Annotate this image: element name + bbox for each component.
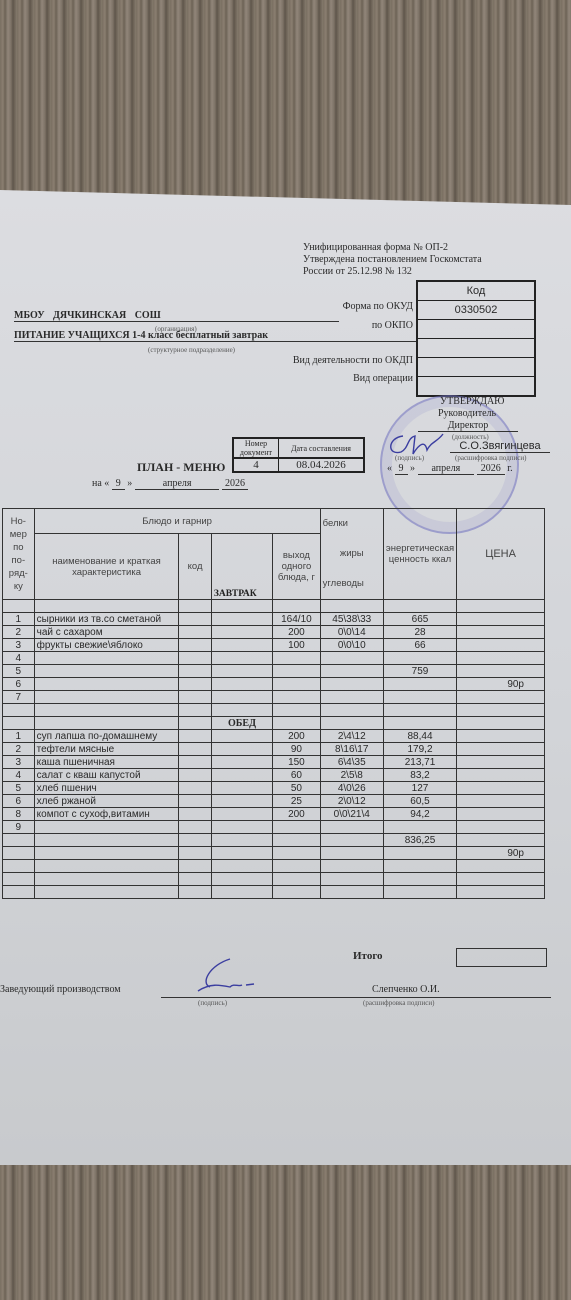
dish-name bbox=[34, 834, 179, 847]
dish-code bbox=[179, 665, 211, 678]
meal-cell bbox=[211, 834, 272, 847]
approval-month: апреля bbox=[418, 463, 475, 475]
total-label: Итого bbox=[353, 950, 383, 962]
dish-name: тефтели мясные bbox=[34, 743, 179, 756]
year-suffix: г. bbox=[507, 463, 512, 474]
blank-code bbox=[418, 339, 534, 358]
dish-code bbox=[179, 847, 211, 860]
meal-cell bbox=[211, 613, 272, 626]
manager-role: Заведующий производством bbox=[0, 984, 121, 995]
empty-cell bbox=[320, 600, 383, 613]
meal-cell bbox=[211, 665, 272, 678]
row-number bbox=[3, 847, 35, 860]
row-number: 1 bbox=[3, 730, 35, 743]
organization-name: МБОУ ДЯЧКИНСКАЯ СОШ bbox=[14, 310, 339, 322]
menu-date: на « 9 » апреля 2026 bbox=[92, 478, 248, 489]
dish-yield: 90 bbox=[273, 743, 320, 756]
okdp-label: Вид деятельности по ОКДП bbox=[293, 355, 413, 366]
document-number-box: Номер документДата составления 408.04.20… bbox=[232, 437, 365, 473]
dish-kcal: 83,2 bbox=[383, 769, 456, 782]
dish-price bbox=[457, 639, 545, 652]
dish-name: компот с сухоф,витамин bbox=[34, 808, 179, 821]
dish-yield bbox=[273, 834, 320, 847]
row-number: 5 bbox=[3, 782, 35, 795]
dish-yield bbox=[273, 886, 320, 899]
dish-bju: 6\4\35 bbox=[320, 756, 383, 769]
table-row: 836,25 bbox=[3, 834, 545, 847]
doc-date: 08.04.2026 bbox=[279, 458, 364, 472]
menu-year: 2026 bbox=[222, 478, 248, 490]
dish-kcal bbox=[383, 886, 456, 899]
dish-bju bbox=[320, 652, 383, 665]
empty-cell bbox=[383, 704, 456, 717]
dish-bju bbox=[320, 860, 383, 873]
dish-bju: 2\5\8 bbox=[320, 769, 383, 782]
dish-bju bbox=[320, 821, 383, 834]
dish-kcal: 665 bbox=[383, 613, 456, 626]
empty-cell bbox=[179, 704, 211, 717]
operation-value bbox=[418, 377, 534, 395]
table-row bbox=[3, 860, 545, 873]
dish-code bbox=[179, 691, 211, 704]
dish-yield: 150 bbox=[273, 756, 320, 769]
dish-price bbox=[457, 873, 545, 886]
meal-cell bbox=[211, 860, 272, 873]
table-row: 1сырники из тв.со сметаной164/1045\38\33… bbox=[3, 613, 545, 626]
dish-price bbox=[457, 613, 545, 626]
dish-kcal: 60,5 bbox=[383, 795, 456, 808]
okdp-value bbox=[418, 358, 534, 377]
empty-cell bbox=[320, 704, 383, 717]
menu-month: апреля bbox=[135, 478, 220, 490]
table-row: 7 bbox=[3, 691, 545, 704]
dish-name bbox=[34, 821, 179, 834]
table-row: 2чай с сахаром2000\0\1428 bbox=[3, 626, 545, 639]
row-number: 2 bbox=[3, 743, 35, 756]
row-number bbox=[3, 873, 35, 886]
table-row: 6хлеб ржаной252\0\1260,5 bbox=[3, 795, 545, 808]
dish-price bbox=[457, 626, 545, 639]
empty-cell bbox=[273, 600, 320, 613]
empty-cell bbox=[211, 704, 272, 717]
dish-name bbox=[34, 873, 179, 886]
manager-signature-caption: (подпись) bbox=[198, 999, 227, 1007]
dish-yield bbox=[273, 665, 320, 678]
dish-code bbox=[179, 873, 211, 886]
empty-cell bbox=[179, 600, 211, 613]
on-label: на bbox=[92, 478, 102, 489]
dish-bju: 2\0\12 bbox=[320, 795, 383, 808]
dish-bju bbox=[320, 691, 383, 704]
approver-name: С.О.Звягинцева bbox=[450, 440, 550, 453]
row-number: 7 bbox=[3, 691, 35, 704]
dish-name: сырники из тв.со сметаной bbox=[34, 613, 179, 626]
form-reference: Унифицированная форма № ОП-2 Утверждена … bbox=[303, 242, 482, 278]
dish-name bbox=[34, 652, 179, 665]
dish-code bbox=[179, 639, 211, 652]
meal-cell bbox=[211, 795, 272, 808]
table-row: 9 bbox=[3, 821, 545, 834]
table-row: 2тефтели мясные908\16\17179,2 bbox=[3, 743, 545, 756]
dish-name bbox=[34, 691, 179, 704]
col-num-header: Но-мер по по-ряд-ку bbox=[3, 509, 35, 600]
manager-name: Слепченко О.И. bbox=[372, 984, 440, 995]
dish-price bbox=[457, 782, 545, 795]
dish-price bbox=[457, 652, 545, 665]
row-number: 3 bbox=[3, 639, 35, 652]
dish-code bbox=[179, 678, 211, 691]
dish-yield: 100 bbox=[273, 639, 320, 652]
dish-kcal bbox=[383, 652, 456, 665]
dish-bju bbox=[320, 665, 383, 678]
empty-cell bbox=[179, 717, 211, 730]
empty-cell bbox=[3, 717, 35, 730]
empty-cell bbox=[457, 600, 545, 613]
menu-table: Но-мер по по-ряд-ку Блюдо и гарнир белки… bbox=[2, 508, 545, 899]
empty-cell bbox=[383, 600, 456, 613]
table-row: 3фрукты свежие\яблоко1000\0\1066 bbox=[3, 639, 545, 652]
row-number: 8 bbox=[3, 808, 35, 821]
row-number bbox=[3, 860, 35, 873]
approval-date: « 9 » апреля 2026 г. bbox=[387, 463, 513, 474]
dish-price bbox=[457, 834, 545, 847]
dish-yield: 25 bbox=[273, 795, 320, 808]
meal-cell bbox=[211, 873, 272, 886]
dish-price bbox=[457, 730, 545, 743]
okud-label: Форма по ОКУД bbox=[343, 301, 413, 312]
approval-year: 2026 bbox=[477, 463, 505, 475]
form-line: Утверждена постановлением Госкомстата bbox=[303, 254, 482, 266]
table-row: 3каша пшеничная1506\4\35213,71 bbox=[3, 756, 545, 769]
empty-cell bbox=[320, 717, 383, 730]
breakfast-header: ЗАВТРАК bbox=[211, 534, 272, 600]
dish-code bbox=[179, 834, 211, 847]
table-row: 8 компот с сухоф,витамин2000\0\21\494,2 bbox=[3, 808, 545, 821]
dish-name: суп лапша по-домашнему bbox=[34, 730, 179, 743]
dish-bju: 2\4\12 bbox=[320, 730, 383, 743]
dish-kcal: 759 bbox=[383, 665, 456, 678]
dish-kcal: 94,2 bbox=[383, 808, 456, 821]
dish-yield: 200 bbox=[273, 626, 320, 639]
dish-name: хлеб пшенич bbox=[34, 782, 179, 795]
dish-name bbox=[34, 847, 179, 860]
empty-cell bbox=[273, 704, 320, 717]
total-value bbox=[456, 948, 547, 967]
dish-kcal: 127 bbox=[383, 782, 456, 795]
dish-code bbox=[179, 860, 211, 873]
dish-price bbox=[457, 756, 545, 769]
row-number bbox=[3, 886, 35, 899]
dish-price bbox=[457, 795, 545, 808]
dish-kcal bbox=[383, 678, 456, 691]
dish-yield bbox=[273, 652, 320, 665]
empty-cell bbox=[3, 600, 35, 613]
dish-code bbox=[179, 808, 211, 821]
dish-name: хлеб ржаной bbox=[34, 795, 179, 808]
division-caption: (структурное подразделение) bbox=[148, 346, 235, 354]
head-label: Руководитель bbox=[438, 408, 496, 419]
table-row: 4 bbox=[3, 652, 545, 665]
dish-bju: 45\38\33 bbox=[320, 613, 383, 626]
empty-cell bbox=[34, 717, 179, 730]
dish-code bbox=[179, 782, 211, 795]
division-name: ПИТАНИЕ УЧАЩИХСЯ 1-4 класс бесплатный за… bbox=[14, 330, 416, 342]
meal-cell bbox=[211, 782, 272, 795]
lunch-header: ОБЕД bbox=[211, 717, 272, 730]
meal-cell bbox=[211, 626, 272, 639]
dish-kcal bbox=[383, 873, 456, 886]
code-box: Код 0330502 bbox=[416, 280, 536, 397]
dish-kcal: 66 bbox=[383, 639, 456, 652]
empty-cell bbox=[383, 717, 456, 730]
dish-code bbox=[179, 756, 211, 769]
dish-bju bbox=[320, 847, 383, 860]
dish-yield bbox=[273, 873, 320, 886]
dish-code bbox=[179, 886, 211, 899]
row-number: 6 bbox=[3, 795, 35, 808]
lunch-header-row: ОБЕД bbox=[3, 717, 545, 730]
dish-code bbox=[179, 652, 211, 665]
dish-price bbox=[457, 691, 545, 704]
empty-cell bbox=[211, 600, 272, 613]
dish-group-header: Блюдо и гарнир bbox=[34, 509, 320, 534]
menu-day: 9 bbox=[112, 478, 125, 490]
dish-code bbox=[179, 743, 211, 756]
dish-kcal: 836,25 bbox=[383, 834, 456, 847]
price-header: ЦЕНА bbox=[457, 509, 545, 600]
meal-cell bbox=[211, 756, 272, 769]
dish-name: каша пшеничная bbox=[34, 756, 179, 769]
table-row: 5хлеб пшенич504\0\26127 bbox=[3, 782, 545, 795]
dish-kcal: 213,71 bbox=[383, 756, 456, 769]
meal-cell bbox=[211, 743, 272, 756]
dish-name: салат с кваш капустой bbox=[34, 769, 179, 782]
meal-cell bbox=[211, 821, 272, 834]
dish-name bbox=[34, 665, 179, 678]
row-number bbox=[3, 834, 35, 847]
dish-price bbox=[457, 808, 545, 821]
dish-kcal bbox=[383, 847, 456, 860]
operation-label: Вид операции bbox=[353, 373, 413, 384]
dish-kcal: 179,2 bbox=[383, 743, 456, 756]
dish-price bbox=[457, 886, 545, 899]
form-line: России от 25.12.98 № 132 bbox=[303, 266, 482, 278]
dish-price bbox=[457, 743, 545, 756]
dish-bju: 8\16\17 bbox=[320, 743, 383, 756]
dish-bju bbox=[320, 886, 383, 899]
dish-yield bbox=[273, 847, 320, 860]
dish-yield: 60 bbox=[273, 769, 320, 782]
approve-label: УТВЕРЖДАЮ bbox=[440, 396, 504, 407]
dish-name bbox=[34, 886, 179, 899]
row-number: 3 bbox=[3, 756, 35, 769]
dish-code bbox=[179, 730, 211, 743]
code-header: код bbox=[179, 534, 211, 600]
table-row bbox=[3, 886, 545, 899]
dish-price bbox=[457, 769, 545, 782]
carbs-label: углеводы bbox=[323, 569, 381, 599]
energy-header: энергетическая ценность ккал bbox=[383, 509, 456, 600]
date-label: Дата составления bbox=[279, 439, 364, 459]
empty-cell bbox=[457, 717, 545, 730]
fat-label: жиры bbox=[323, 539, 381, 569]
table-row: 1суп лапша по-домашнему2002\4\1288,44 bbox=[3, 730, 545, 743]
doc-number: 4 bbox=[234, 458, 279, 472]
dish-price: 90р bbox=[457, 678, 545, 691]
dish-code bbox=[179, 795, 211, 808]
table-row: 4салат с кваш капустой602\5\883,2 bbox=[3, 769, 545, 782]
name-caption: (расшифровка подписи) bbox=[455, 454, 526, 462]
table-row: 690р bbox=[3, 678, 545, 691]
dish-bju bbox=[320, 834, 383, 847]
meal-cell bbox=[211, 730, 272, 743]
approval-day: 9 bbox=[395, 463, 408, 475]
dish-price bbox=[457, 860, 545, 873]
row-number: 9 bbox=[3, 821, 35, 834]
form-line: Унифицированная форма № ОП-2 bbox=[303, 242, 482, 254]
empty-cell bbox=[34, 600, 179, 613]
dish-kcal: 88,44 bbox=[383, 730, 456, 743]
dish-yield: 200 bbox=[273, 730, 320, 743]
meal-cell bbox=[211, 639, 272, 652]
dish-yield bbox=[273, 691, 320, 704]
okud-value: 0330502 bbox=[418, 301, 534, 320]
dish-bju: 0\0\21\4 bbox=[320, 808, 383, 821]
dish-name: фрукты свежие\яблоко bbox=[34, 639, 179, 652]
dish-yield bbox=[273, 860, 320, 873]
table-row bbox=[3, 873, 545, 886]
table-row: 90р bbox=[3, 847, 545, 860]
dish-yield: 164/10 bbox=[273, 613, 320, 626]
table-row: 5759 bbox=[3, 665, 545, 678]
code-header: Код bbox=[418, 282, 534, 301]
meal-cell bbox=[211, 847, 272, 860]
empty-cell bbox=[457, 704, 545, 717]
row-number: 5 bbox=[3, 665, 35, 678]
meal-cell bbox=[211, 652, 272, 665]
row-number: 1 bbox=[3, 613, 35, 626]
dish-price bbox=[457, 665, 545, 678]
meal-cell bbox=[211, 886, 272, 899]
empty-cell bbox=[3, 704, 35, 717]
dish-name bbox=[34, 678, 179, 691]
name-header: наименование и краткая характеристика bbox=[34, 534, 179, 600]
dish-kcal: 28 bbox=[383, 626, 456, 639]
menu-body: 1сырники из тв.со сметаной164/1045\38\33… bbox=[3, 600, 545, 899]
spacer-row bbox=[3, 704, 545, 717]
dish-price: 90р bbox=[457, 847, 545, 860]
dish-yield bbox=[273, 678, 320, 691]
row-number: 2 bbox=[3, 626, 35, 639]
dish-code bbox=[179, 821, 211, 834]
dish-code bbox=[179, 769, 211, 782]
document-title: ПЛАН - МЕНЮ bbox=[137, 460, 225, 475]
meal-cell bbox=[211, 678, 272, 691]
dish-bju: 4\0\26 bbox=[320, 782, 383, 795]
dish-bju bbox=[320, 678, 383, 691]
empty-cell bbox=[34, 704, 179, 717]
manager-name-caption: (расшифровка подписи) bbox=[363, 999, 434, 1007]
dish-yield bbox=[273, 821, 320, 834]
bju-header: белки жиры углеводы bbox=[320, 509, 383, 600]
empty-cell bbox=[273, 717, 320, 730]
dish-name: чай с сахаром bbox=[34, 626, 179, 639]
row-number: 4 bbox=[3, 652, 35, 665]
protein-label: белки bbox=[323, 509, 381, 539]
meal-cell bbox=[211, 808, 272, 821]
signature-caption: (подпись) bbox=[395, 454, 424, 462]
dish-kcal bbox=[383, 691, 456, 704]
dish-code bbox=[179, 613, 211, 626]
okpo-value bbox=[418, 320, 534, 339]
dish-name bbox=[34, 860, 179, 873]
dish-price bbox=[457, 821, 545, 834]
dish-bju: 0\0\14 bbox=[320, 626, 383, 639]
row-number: 6 bbox=[3, 678, 35, 691]
dish-kcal bbox=[383, 821, 456, 834]
dish-yield: 200 bbox=[273, 808, 320, 821]
dish-kcal bbox=[383, 860, 456, 873]
manager-signature bbox=[190, 955, 260, 995]
signature-line bbox=[161, 997, 551, 998]
meal-cell bbox=[211, 691, 272, 704]
dish-bju bbox=[320, 873, 383, 886]
row-number: 4 bbox=[3, 769, 35, 782]
dish-bju: 0\0\10 bbox=[320, 639, 383, 652]
spacer-row bbox=[3, 600, 545, 613]
dish-yield: 50 bbox=[273, 782, 320, 795]
yield-header: выход одного блюда, г bbox=[273, 534, 320, 600]
meal-cell bbox=[211, 769, 272, 782]
doc-number-label: Номер документ bbox=[234, 439, 279, 459]
dish-code bbox=[179, 626, 211, 639]
